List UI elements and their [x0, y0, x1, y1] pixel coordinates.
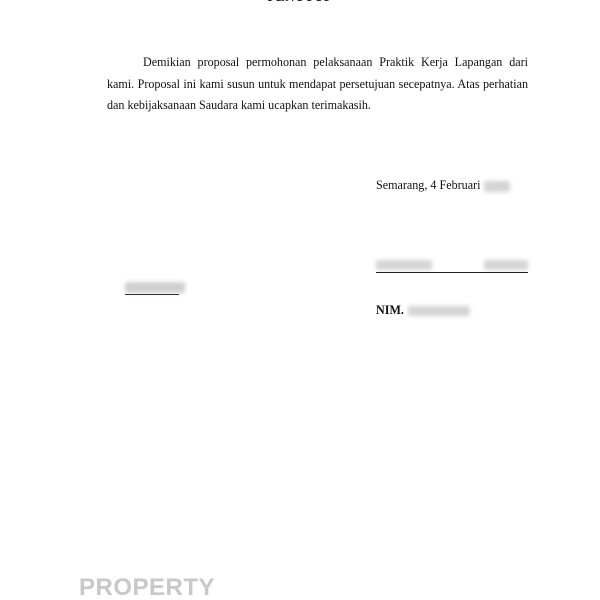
- place-date-text: Semarang, 4 Februari: [376, 178, 480, 192]
- redacted-left-signatory-name: [125, 282, 185, 293]
- closing-paragraph: Demikian proposal permohonan pelaksanaan…: [107, 52, 528, 117]
- section-heading: PENUTUP: [0, 0, 600, 5]
- redacted-year: [484, 181, 510, 192]
- watermark: PROPERTY: [79, 574, 215, 600]
- signature-right: [376, 259, 528, 273]
- signature-left: [125, 281, 179, 295]
- nim-label: NIM.: [376, 303, 404, 317]
- redacted-nim: [408, 306, 470, 316]
- redacted-signatory-name-part: [484, 260, 528, 270]
- place-date: Semarang, 4 Februari: [376, 177, 510, 193]
- document-page: PENUTUP Demikian proposal permohonan pel…: [0, 0, 600, 600]
- redacted-signatory-name-part: [376, 260, 432, 270]
- signature-underline-left: [125, 294, 179, 295]
- nim-line: NIM.: [376, 302, 470, 318]
- signature-underline: [376, 272, 528, 273]
